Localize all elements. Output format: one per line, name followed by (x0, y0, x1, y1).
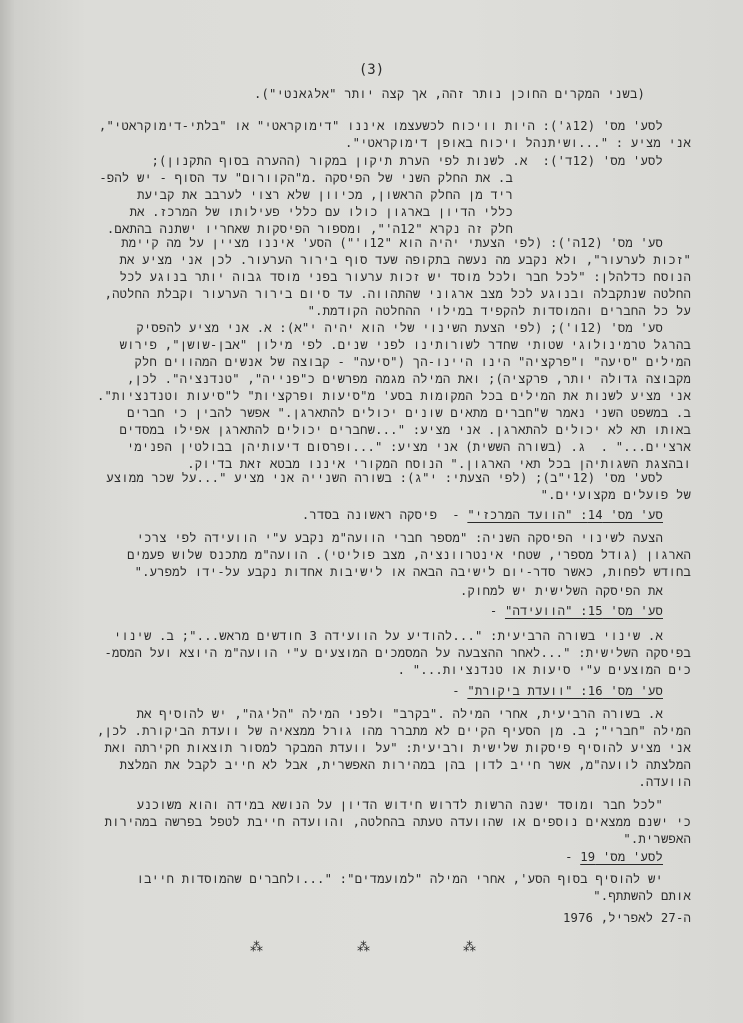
section-heading-suffix: - (452, 684, 467, 698)
text-line: בהרגל טרמינולוגי שטותי שחדר לשורותינו לפ… (120, 337, 691, 354)
text-line: "זכות לערעור", ולא נקבע מה נעשה בתקופה ש… (120, 252, 691, 269)
section-heading-title: לסע' מס' 19 (580, 850, 663, 864)
text-line: הצעה לשינוי הפיסקה השניה: "מספר חברי הוו… (137, 530, 663, 547)
section-heading: לסע' מס' 19 - (565, 849, 663, 866)
text-line: כים המוצעים ע"י סיעות או טנדנציות..." . (398, 662, 691, 679)
text-line: ריד מן החלק הראשון, מכיוון שלא רצוי לערב… (137, 187, 513, 204)
text-line: ב. את החלק השני של הפיסקה .מ"הקוורום" עד… (99, 170, 513, 187)
text-line: המלצתה לוועה"מ, אשר חייב לדון בהן במהירו… (120, 757, 691, 774)
text-line: האפשרית." (623, 831, 691, 848)
text-line: אני מציע להוסיף פיסקות שלישית ורביעית: "… (105, 740, 691, 757)
section-separator: ⁂⁂⁂ (0, 940, 743, 960)
section-heading: סע' מס' 16: "וועדת ביקורת" - (452, 683, 663, 700)
text-line: על כל החברים והמוסדות להקפיד במילוי ההחל… (308, 303, 691, 320)
section-heading-suffix: - פיסקה ראשונה בסדר. (302, 508, 467, 522)
text-line: לסע' מס' (12ד'): א. לשנות לפי הערת תיקון… (151, 153, 663, 170)
page-number: (3) (0, 62, 743, 78)
text-line: המילים "סיעה" ו"פרקציה" הינו היינו-הך ("… (135, 354, 692, 371)
text-line: הוועדה. (638, 774, 691, 791)
text-line: אני מציע לשנות את המילים בכל המקומות בסע… (97, 388, 691, 405)
section-heading-title: סע' מס' 16: "וועדת ביקורת" (467, 684, 663, 698)
text-line: מקבוצה גדולה יותר, פרקציה); ואת המילה מג… (127, 371, 691, 388)
text-line: ארציים..." . ג. (בשורה הששית) אני מציע: … (127, 439, 691, 456)
text-line: בחודש לפחות, כאשר סדר-יום לישיבה הבאה או… (135, 564, 691, 581)
asterism-icon: ⁂ (357, 940, 370, 955)
text-line: סע' מס' (12ה'): (לפי הצעתי יהיה הוא "12ו… (121, 235, 663, 252)
text-line: (בשני המקרים החוכן נותר זהה, אך קצה יותר… (254, 86, 645, 103)
text-line: "לכל חבר ומוסד ישנה הרשות לדרוש חידוש הד… (137, 797, 663, 814)
text-line: לסע' מס' (12י"ב); (לפי הצעתי: י"ג): בשור… (106, 470, 663, 487)
section-heading-title: סע' מס' 14: "הוועד המרכזי" (467, 508, 663, 522)
text-line: כללי הדיון בארגון כולו עם כללי פעילותו ש… (130, 204, 513, 221)
text-line: כי ישנם ממצאים נוספים או שהוועדה טעתה בה… (105, 814, 691, 831)
text-line: המילה "חברי"; ב. מן הסעיף הקיים לא מתברר… (97, 723, 691, 740)
asterism-icon: ⁂ (250, 940, 263, 955)
asterism-icon: ⁂ (463, 940, 476, 955)
text-line: של פועלים מקצועיים." (541, 487, 691, 504)
text-line: בפיסקה השלישית: "...לאחר ההצבעה על המסמכ… (104, 645, 691, 662)
section-heading: סע' מס' 14: "הוועד המרכזי" - פיסקה ראשונ… (302, 507, 663, 524)
text-line: את הפיסקה השלישית יש למחוק. (460, 583, 663, 600)
text-line: ב. במשפט השני נאמר ש"חברים מתאים שונים י… (127, 405, 691, 422)
text-line: הארגון (גודל מספרי, שטחי אינטרוונציה, מצ… (127, 547, 691, 564)
text-line: לסע' מס' (12ג'): היות וויכוח לכשעצמו אינ… (99, 118, 663, 135)
document-date: ה-27 לאפריל, 1976 (563, 910, 691, 927)
text-line: הנוסח כדלהלן: "לכל חבר ולכל מוסד יש זכות… (120, 269, 691, 286)
section-heading-suffix: - (565, 850, 580, 864)
text-line: באותו תא לא יכולים להתארגן. אני מציע: ".… (120, 422, 691, 439)
page-edge-shadow (0, 0, 14, 1023)
text-line: החלטה שנתקבלה ובנוגע לכל מצב ארגוני שהתה… (105, 286, 691, 303)
text-line: א. בשורה הרביעית, אחרי המילה ."בקרב" ולפ… (137, 706, 663, 723)
text-line: א. שינוי בשורה הרביעית: "...להודיע על הו… (114, 628, 663, 645)
text-line: אותם להשתתף." (593, 888, 691, 905)
section-heading-title: סע' מס' 15: "הוועידה" (505, 604, 663, 618)
text-line: סע' מס' (12ו'); (לפי הצעת השינוי שלי הוא… (136, 320, 663, 337)
section-heading: סע' מס' 15: "הוועידה" - (490, 603, 663, 620)
text-line: אני מציע : "...ושיתנהל ויכוח באופן דימוק… (345, 135, 691, 152)
text-line: יש להוסיף בסוף הסע', אחרי המילה "למועמדי… (137, 871, 663, 888)
section-heading-suffix: - (490, 604, 505, 618)
